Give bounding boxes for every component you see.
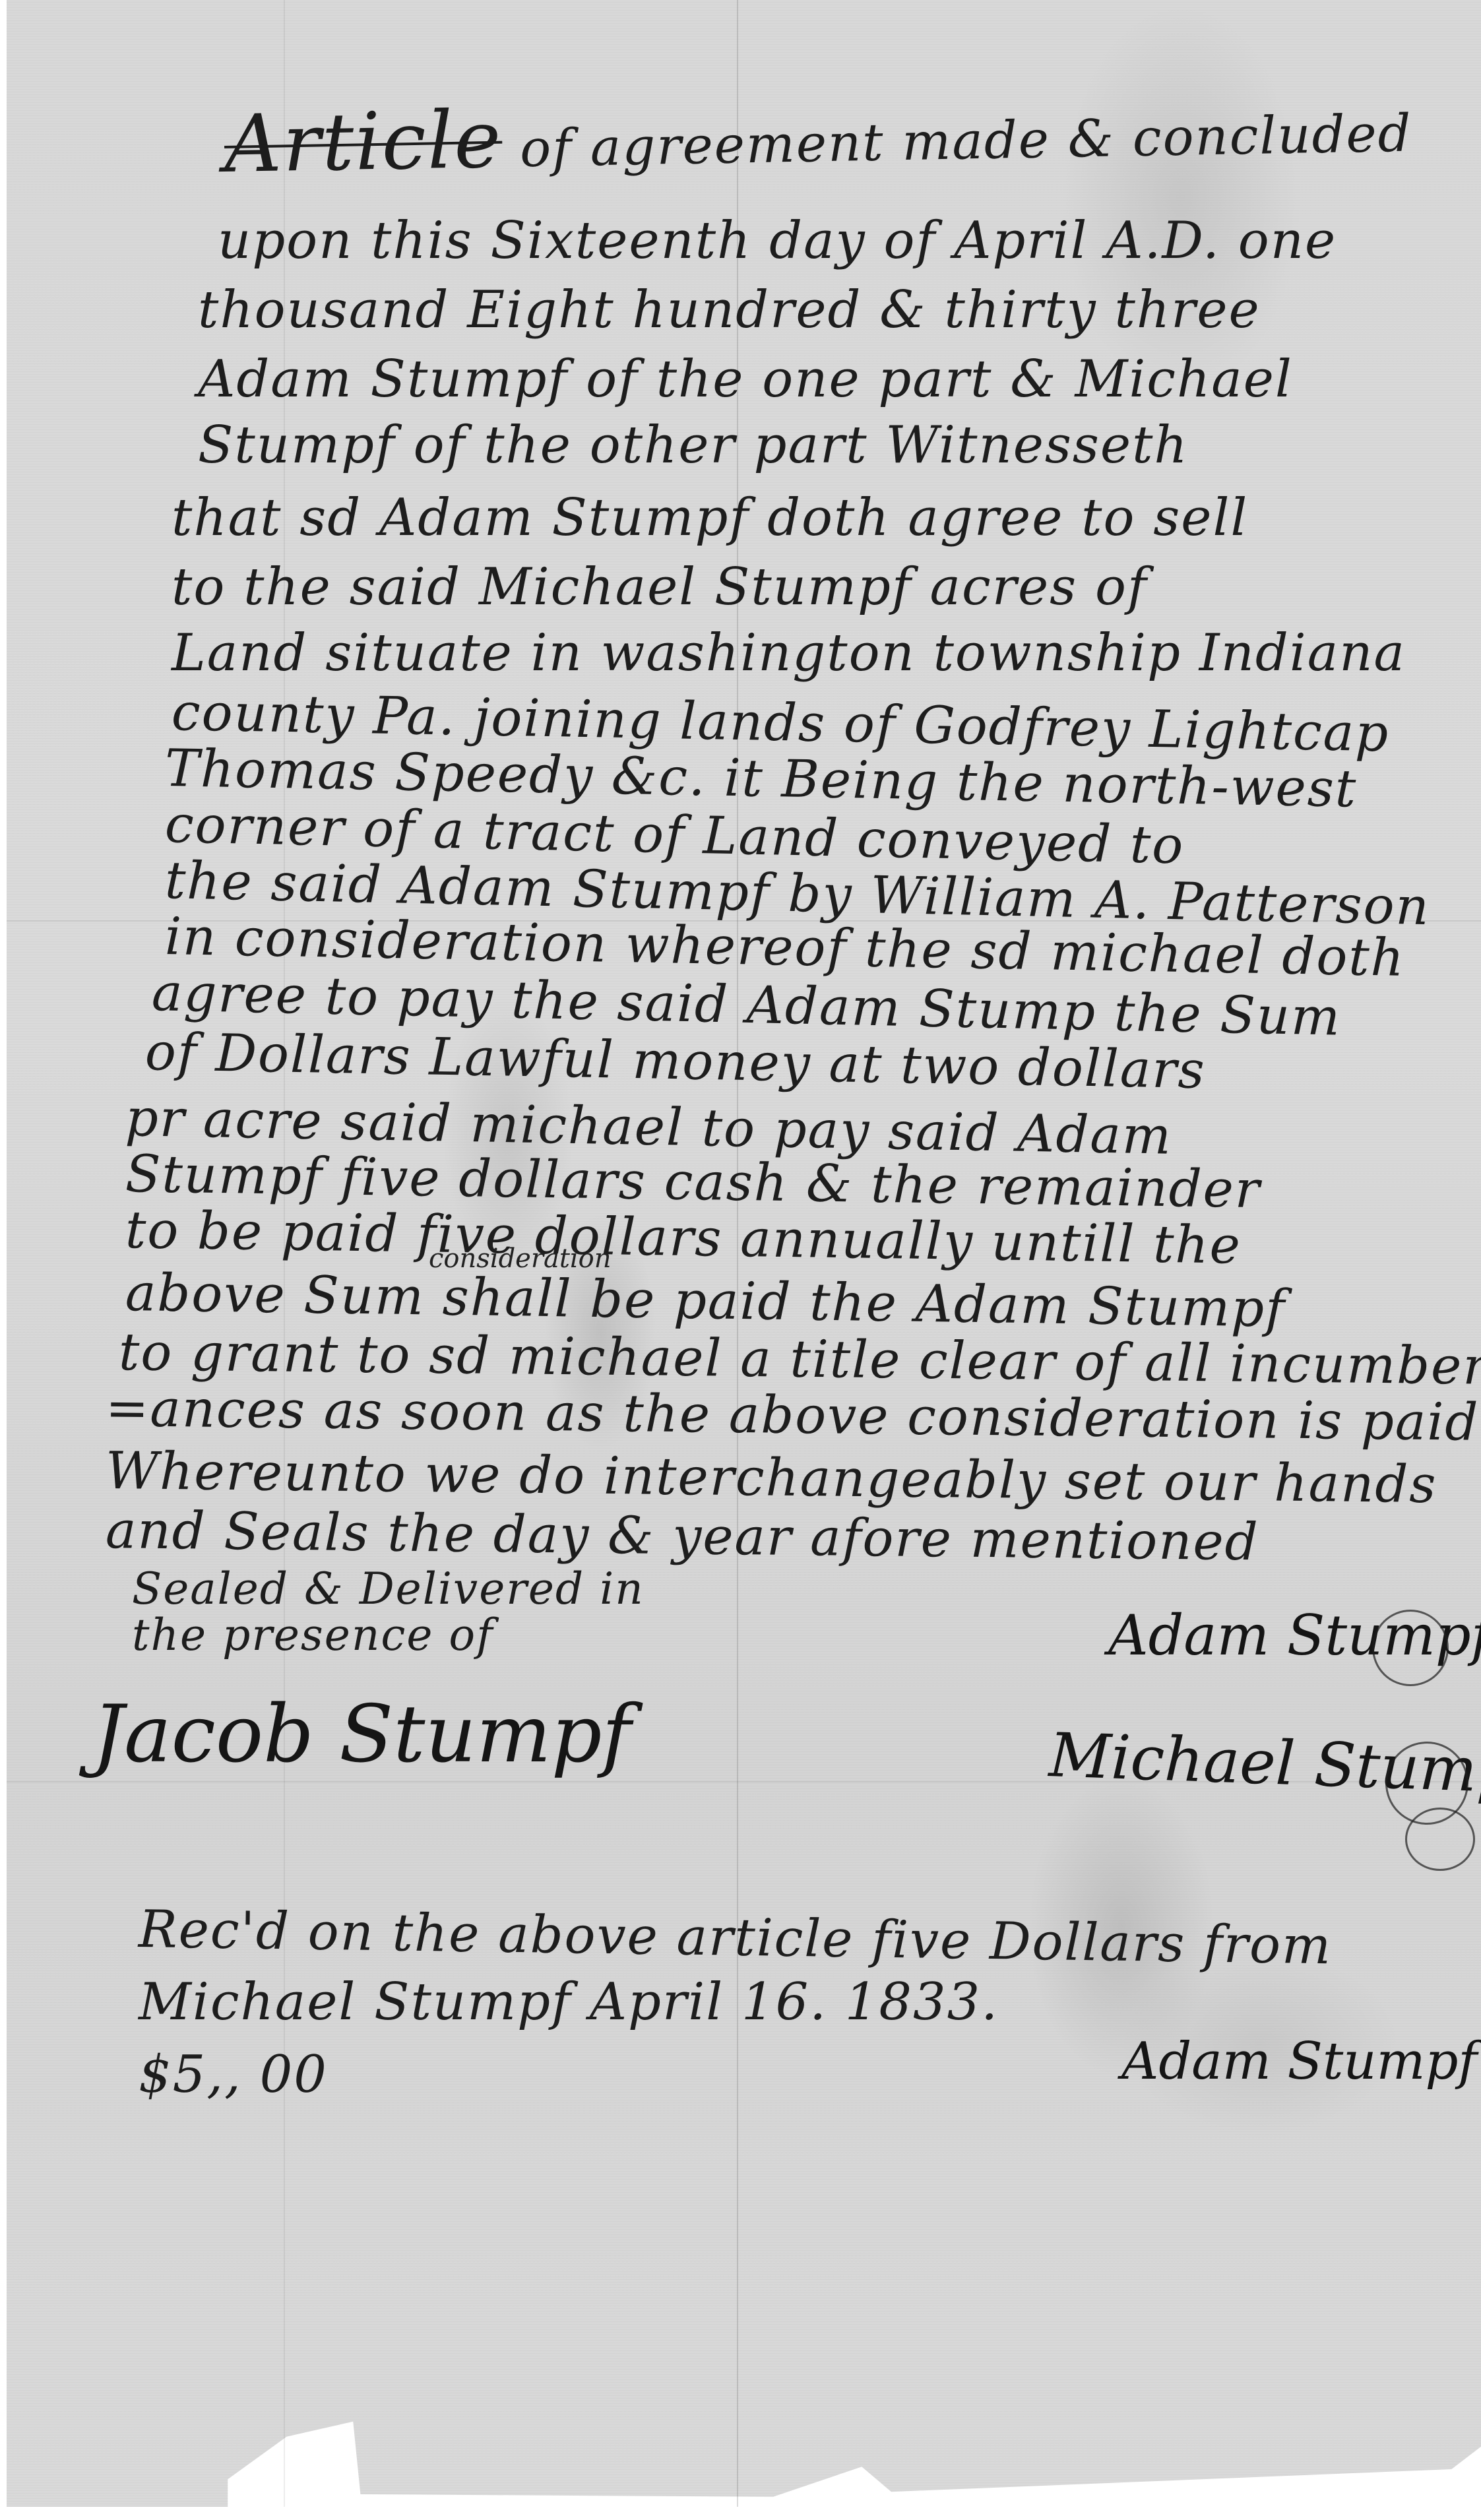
title-word: Article [224,94,503,191]
receipt-amount: $5,, 00 [139,2045,328,2104]
manuscript-text: Article of agreement made & concluded up… [0,0,1481,2520]
body-line-7: to the said Michael Stumpf acres of [172,557,1148,617]
attestation-line-2: the presence of [132,1610,494,1660]
body-line-4: Adam Stumpf of the one part & Michael [198,350,1293,409]
attestation-line-1: Sealed & Delivered in [132,1563,645,1614]
body-line-3: thousand Eight hundred & thirty three [198,280,1261,340]
body-line-1: Article of agreement made & concluded [224,79,1413,191]
receipt-line-1: Rec'd on the above article five Dollars … [138,1900,1332,1976]
body-line-5: Stumpf of the other part Witnesseth [198,416,1189,475]
body-line-23: and Seals the day & year afore mentioned [106,1501,1260,1572]
receipt-signature: Adam Stumpf [1121,2032,1477,2091]
receipt-line-2: Michael Stumpf April 16. 1833. [139,1972,999,2032]
body-line-6: that sd Adam Stumpf doth agree to sell [172,488,1248,548]
body-line-8: Land situate in washington township Indi… [172,623,1406,683]
witness-signature: Jacob Stumpf [92,1689,631,1780]
body-line-2: upon this Sixteenth day of April A.D. on… [218,211,1337,270]
seal-flourish [1405,1808,1475,1871]
seal-mark-1 [1372,1610,1449,1686]
